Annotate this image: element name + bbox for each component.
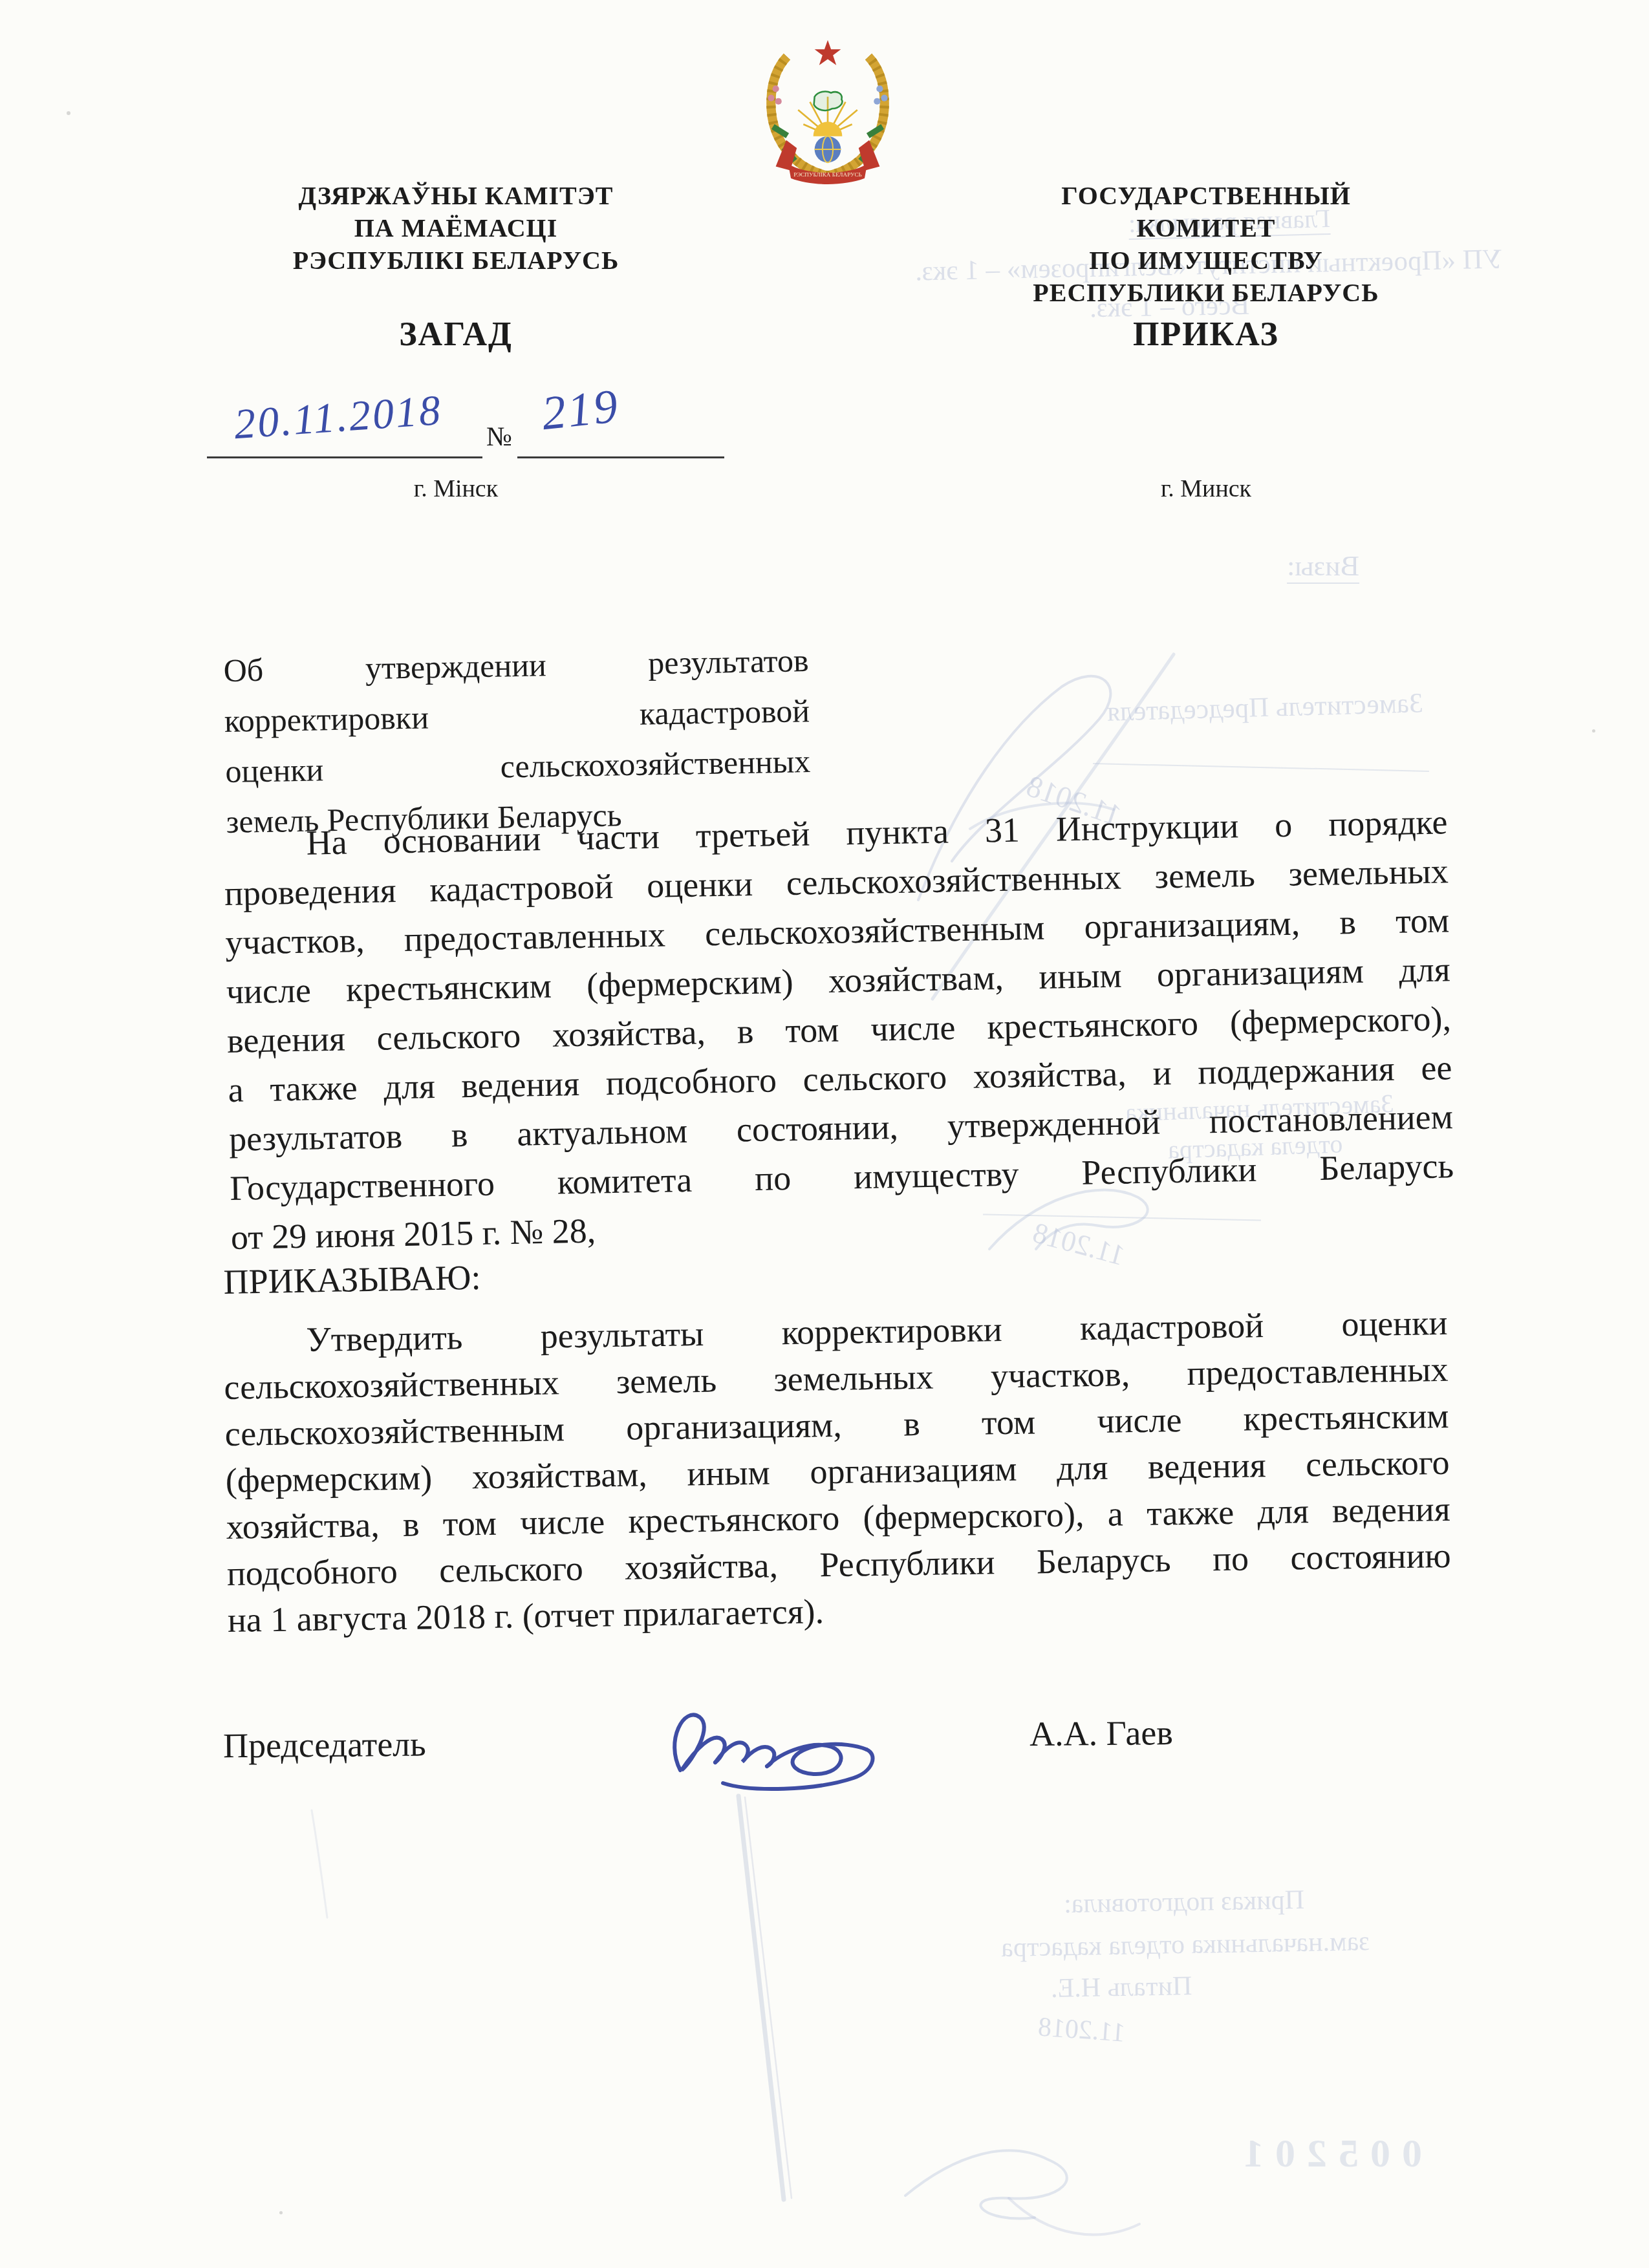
signer-title: Председатель — [223, 1724, 426, 1766]
handwritten-order-number: 219 — [539, 379, 622, 442]
bleed-prepared-role: зам.начальника отдела кадастра — [1001, 1926, 1370, 1963]
handwritten-date: 20.11.2018 — [233, 386, 444, 449]
text-line: РЭСПУБЛІКІ БЕЛАРУСЬ — [262, 244, 650, 277]
decree-word: ПРИКАЗЫВАЮ: — [223, 1257, 481, 1302]
city-right: г. Минск — [1012, 475, 1400, 503]
order-title-right: ПРИКАЗ — [1012, 316, 1400, 354]
body-paragraph-2: Утвердить результаты корректировки кадас… — [223, 1300, 1452, 1643]
scan-speck — [279, 2211, 283, 2214]
text-line: ПА МАЁМАСЦІ — [262, 212, 650, 244]
city-left: г. Мінск — [262, 475, 650, 503]
number-sign: № — [486, 422, 512, 453]
bleed-visas-label: Визы: — [1287, 550, 1359, 584]
bleed-prepared-label: Приказ подготовила: — [1064, 1885, 1305, 1920]
scanned-order-page: Главная рассылка: УП «Проектный институт… — [0, 0, 1649, 2268]
bleed-prepared-name: Питаль Н.Е. — [1051, 1971, 1192, 2004]
emblem-ribbon-text: РЭСПУБЛІКА БЕЛАРУСЬ — [793, 171, 862, 178]
bleed-signature-rule-1 — [1093, 763, 1429, 772]
number-underline — [517, 456, 724, 458]
body-paragraph-1: На основании части третьей пункта 31 Инс… — [223, 797, 1455, 1262]
text-line: оценки сельскохозяйственных — [225, 736, 811, 797]
scan-speck — [67, 111, 70, 115]
signature — [653, 1668, 899, 1817]
header-right: ГОСУДАРСТВЕННЫЙ КОМИТЕТПО ИМУЩЕСТВУРЕСПУ… — [1012, 180, 1400, 309]
state-emblem: РЭСПУБЛІКА БЕЛАРУСЬ — [752, 36, 903, 187]
text-line: ПО ИМУЩЕСТВУ — [1012, 244, 1400, 277]
signer-name: А.А. Гаев — [1029, 1713, 1173, 1754]
date-underline — [207, 456, 482, 458]
order-title-left: ЗАГАД — [262, 316, 650, 354]
text-line: ДЗЯРЖАЎНЫ КАМІТЭТ — [262, 180, 650, 212]
bleed-stamp-number: 005201 — [1232, 2131, 1422, 2177]
bleed-prepared-date: 11.2018 — [1037, 2011, 1126, 2048]
bleed-deputy-chair: Заместитель Председателя — [1106, 687, 1423, 728]
header-left: ДЗЯРЖАЎНЫ КАМІТЭТПА МАЁМАСЦІРЭСПУБЛІКІ Б… — [262, 180, 650, 277]
scan-speck — [1592, 729, 1595, 733]
text-line: ГОСУДАРСТВЕННЫЙ КОМИТЕТ — [1012, 180, 1400, 244]
text-line: РЕСПУБЛИКИ БЕЛАРУСЬ — [1012, 277, 1400, 309]
